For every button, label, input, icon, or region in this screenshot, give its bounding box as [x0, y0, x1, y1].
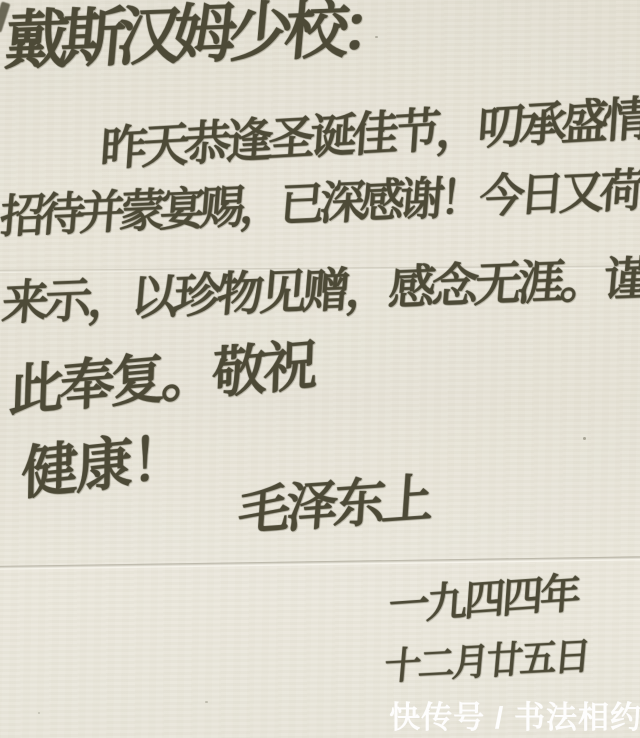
- body-line-3: 来示，以珍物见赠，感念无涯。谨: [0, 255, 640, 327]
- body-line-4: 此奉复。敬祝: [8, 337, 315, 419]
- ink-speck: [38, 712, 40, 714]
- letter-photograph: 戴斯汉姆少校： 昨天恭逢圣诞佳节，叨承盛情 招待并蒙宴赐，已深感谢！今日又荷 来…: [0, 0, 640, 738]
- paper-fold-crease-lower: [0, 556, 640, 570]
- publisher-watermark: 快传号 / 书法相约: [389, 692, 640, 737]
- ink-speck: [205, 701, 208, 703]
- body-line-5-greeting: 健康！: [21, 429, 186, 504]
- body-line-1: 昨天恭逢圣诞佳节，叨承盛情: [99, 96, 640, 174]
- signature-mao-zedong: 毛泽东上: [236, 473, 431, 539]
- ink-speck: [583, 437, 586, 440]
- date-line-month-day: 十二月廿五日: [383, 637, 590, 685]
- body-line-2: 招待并蒙宴赐，已深感谢！今日又荷: [0, 167, 640, 239]
- date-line-year: 一九四四年: [387, 573, 579, 628]
- salutation-line: 戴斯汉姆少校：: [2, 0, 399, 74]
